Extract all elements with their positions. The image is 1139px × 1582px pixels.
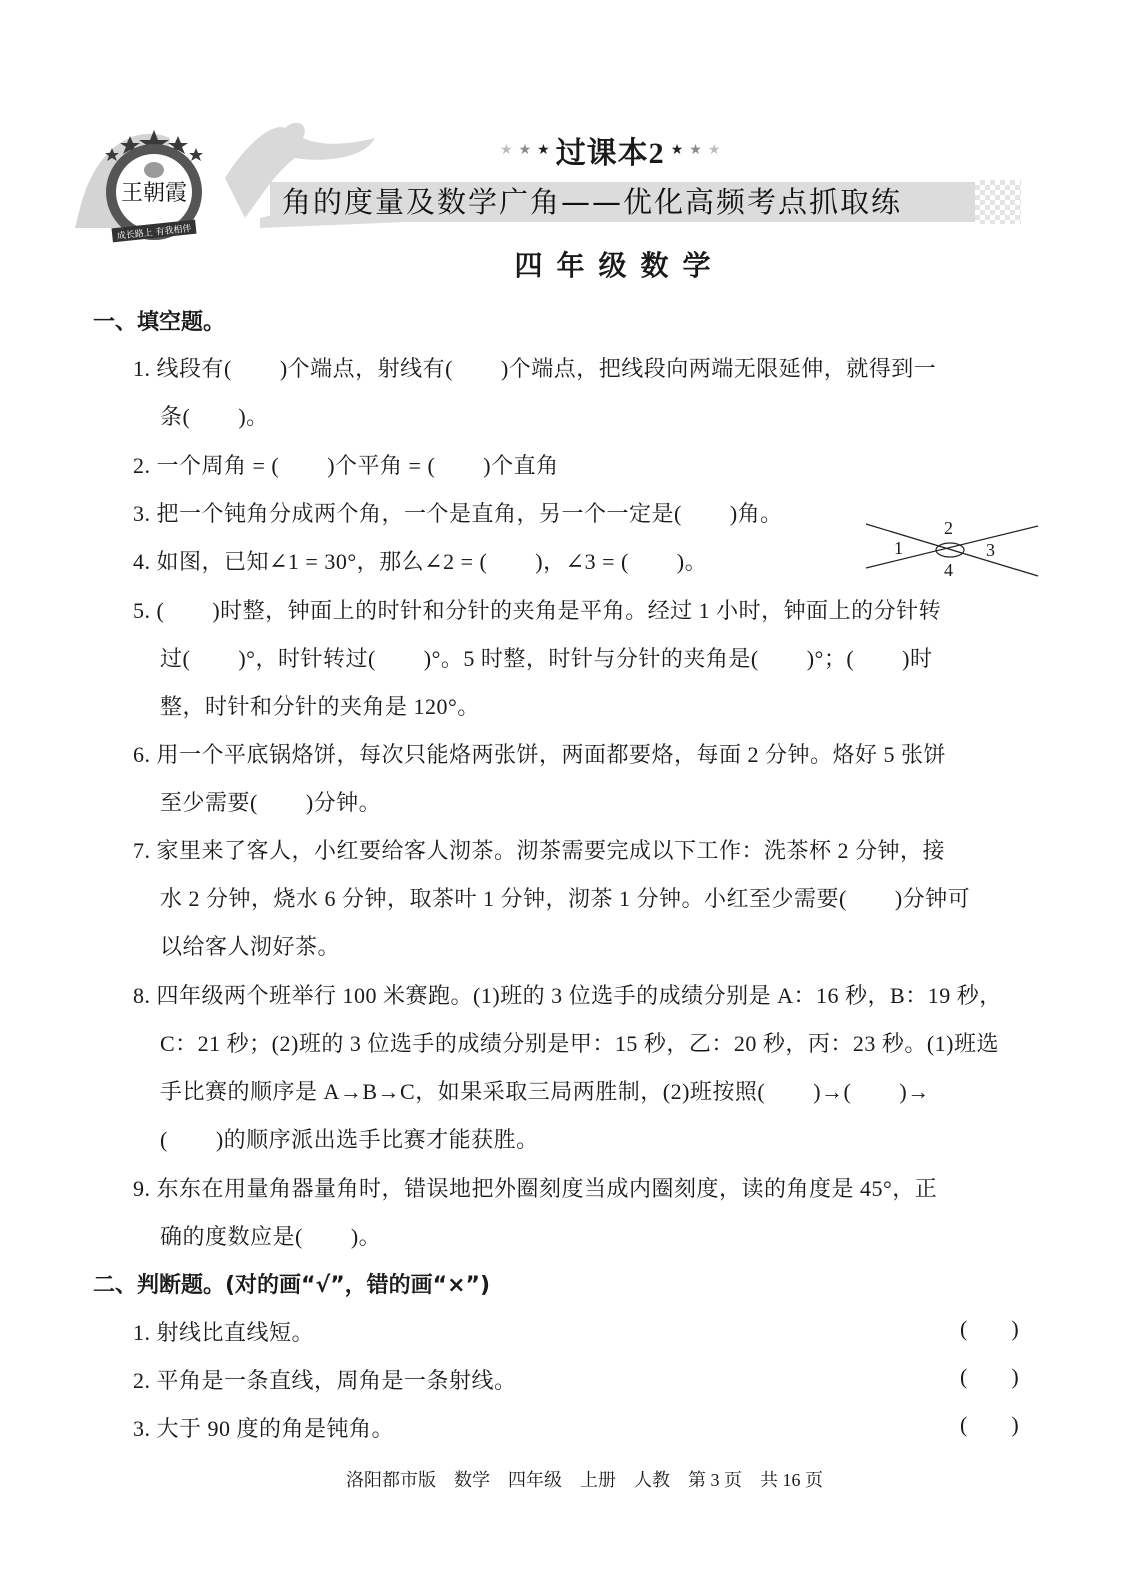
star-icon: ★: [671, 143, 684, 157]
star-icon: ★: [708, 143, 721, 157]
judge-answer-box-1[interactable]: ( ): [960, 1316, 1019, 1342]
angle-label-1: 1: [894, 538, 903, 558]
series-title: 过课本2: [556, 128, 665, 172]
question-2-line-1: 2. 一个周角 = ( )个平角 = ( )个直角: [133, 449, 559, 480]
question-3-line-1: 3. 把一个钝角分成两个角，一个是直角，另一个一定是( )角。: [133, 497, 783, 528]
star-icon: ★: [500, 143, 513, 157]
question-7-line-2: 水 2 分钟，烧水 6 分钟，取茶叶 1 分钟，沏茶 1 分钟。小红至少需要( …: [160, 882, 970, 913]
question-1-line-2: 条( )。: [160, 400, 269, 431]
star-icon: ★: [689, 143, 702, 157]
section-heading-fill-blank: 一、填空题。: [93, 305, 225, 336]
question-9-line-1: 9. 东东在用量角器量角时，错误地把外圈刻度当成内圈刻度，读的角度是 45°，正: [133, 1172, 937, 1203]
question-8-line-4: ( )的顺序派出选手比赛才能获胜。: [160, 1123, 539, 1154]
question-5-line-1: 5. ( )时整，钟面上的时针和分针的夹角是平角。经过 1 小时，钟面上的分针转: [133, 594, 941, 625]
question-9-line-2: 确的度数应是( )。: [160, 1220, 381, 1251]
page-footer: 洛阳都市版 数学 四年级 上册 人教 第 3 页 共 16 页: [0, 1466, 1139, 1492]
question-1-line-1: 1. 线段有( )个端点，射线有( )个端点，把线段向两端无限延伸，就得到一: [133, 352, 936, 383]
question-5-line-2: 过( )°，时针转过( )°。5 时整，时针与分针的夹角是( )°；( )时: [160, 642, 933, 673]
publisher-logo: 王朝霞 成长路上 有我相伴: [98, 128, 210, 246]
question-8-line-2: C：21 秒；(2)班的 3 位选手的成绩分别是甲：15 秒，乙：20 秒，丙：…: [160, 1027, 999, 1058]
question-5-line-3: 整，时针和分针的夹角是 120°。: [160, 690, 480, 721]
judge-item-1: 1. 射线比直线短。: [133, 1316, 314, 1347]
judge-answer-box-3[interactable]: ( ): [960, 1412, 1019, 1438]
judge-item-2: 2. 平角是一条直线，周角是一条射线。: [133, 1364, 517, 1395]
section-heading-true-false: 二、判断题。(对的画“√”，错的画“×”): [93, 1268, 490, 1299]
angle-label-3: 3: [986, 540, 995, 560]
question-7-line-1: 7. 家里来了客人，小红要给客人沏茶。沏茶需要完成以下工作：洗茶杯 2 分钟，接: [133, 834, 945, 865]
question-8-line-1: 8. 四年级两个班举行 100 米赛跑。(1)班的 3 位选手的成绩分别是 A：…: [133, 979, 1002, 1010]
question-8-line-3: 手比赛的顺序是 A→B→C，如果采取三局两胜制，(2)班按照( )→( )→: [160, 1075, 930, 1106]
judge-answer-box-2[interactable]: ( ): [960, 1364, 1019, 1390]
intersecting-lines-figure: 1 2 3 4: [862, 516, 1040, 582]
question-6-line-1: 6. 用一个平底锅烙饼，每次只能烙两张饼，两面都要烙，每面 2 分钟。烙好 5 …: [133, 738, 946, 769]
page-title: 角的度量及数学广角——优化高频考点抓取练: [282, 182, 902, 222]
question-6-line-2: 至少需要( )分钟。: [160, 786, 381, 817]
star-icon: ★: [519, 143, 532, 157]
svg-text:王朝霞: 王朝霞: [121, 181, 187, 206]
subject-title: 四年级数学: [0, 244, 1139, 284]
judge-item-3: 3. 大于 90 度的角是钝角。: [133, 1412, 394, 1443]
angle-label-2: 2: [944, 518, 953, 538]
angle-label-4: 4: [944, 560, 953, 580]
question-7-line-3: 以给客人沏好茶。: [160, 930, 340, 961]
series-label: ★ ★ ★ 过课本2 ★ ★ ★: [500, 130, 720, 170]
question-4-line-1: 4. 如图，已知∠1 = 30°，那么∠2 = ( )，∠3 = ( )。: [133, 545, 707, 576]
star-icon: ★: [537, 143, 550, 157]
checker-decoration: [975, 180, 1021, 224]
